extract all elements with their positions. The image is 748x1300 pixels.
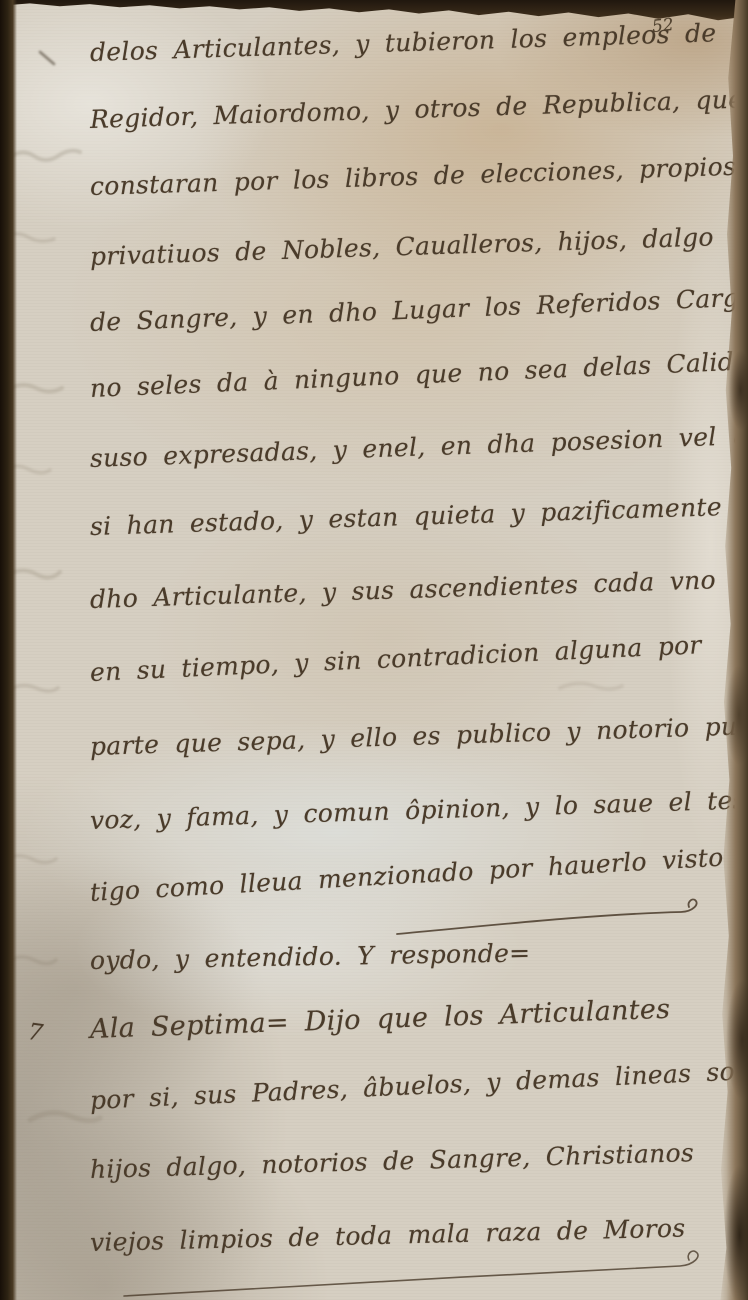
manuscript-line: viejos limpios de toda mala raza de Moro…: [90, 1213, 686, 1257]
binding-edge-left: [0, 0, 17, 1300]
manuscript-line: voz, y fama, y comun ôpinion, y lo saue …: [90, 785, 748, 835]
manuscript-line: Ala Septima= Dijo que los Articulantes: [89, 994, 670, 1045]
manuscript-line: delos Articulantes, y tubieron los emple…: [90, 18, 717, 67]
manuscript-line: Regidor, Maiordomo, y otros de Republica…: [90, 84, 744, 134]
text-block: delos Articulantes, y tubieron los emple…: [90, 0, 730, 1300]
manuscript-line: de Sangre, y en dho Lugar los Referidos …: [89, 282, 748, 337]
manuscript-line: hijos dalgo, notorios de Sangre, Christi…: [90, 1138, 695, 1184]
manuscript-line: parte que sepa, y ello es publico y noto…: [90, 710, 748, 761]
manuscript-line: tigo como lleua menzionado por hauerlo v…: [89, 843, 724, 907]
manuscript-line: no seles da à ninguno que no sea delas C…: [89, 345, 748, 403]
manuscript-line: por si, sus Padres, âbuelos, y demas lin…: [89, 1056, 748, 1115]
manuscript-line: dho Articulante, y sus ascendientes cada…: [90, 565, 717, 614]
manuscript-line: constaran por los libros de elecciones, …: [90, 151, 748, 201]
manuscript-line: suso expresadas, y enel, en dha posesion…: [89, 420, 748, 473]
margin-article-number: 7: [26, 1019, 44, 1047]
manuscript-scan: delos Articulantes, y tubieron los emple…: [0, 0, 748, 1300]
folio-number: 52: [651, 15, 675, 37]
manuscript-line: privatiuos de Nobles, Caualleros, hijos,…: [90, 222, 715, 271]
manuscript-line: oydo, y entendido. Y responde=: [90, 938, 531, 975]
manuscript-line: si han estado, y estan quieta y pazifica…: [90, 492, 723, 541]
manuscript-line: en su tiempo, y sin contradicion alguna …: [89, 630, 702, 687]
